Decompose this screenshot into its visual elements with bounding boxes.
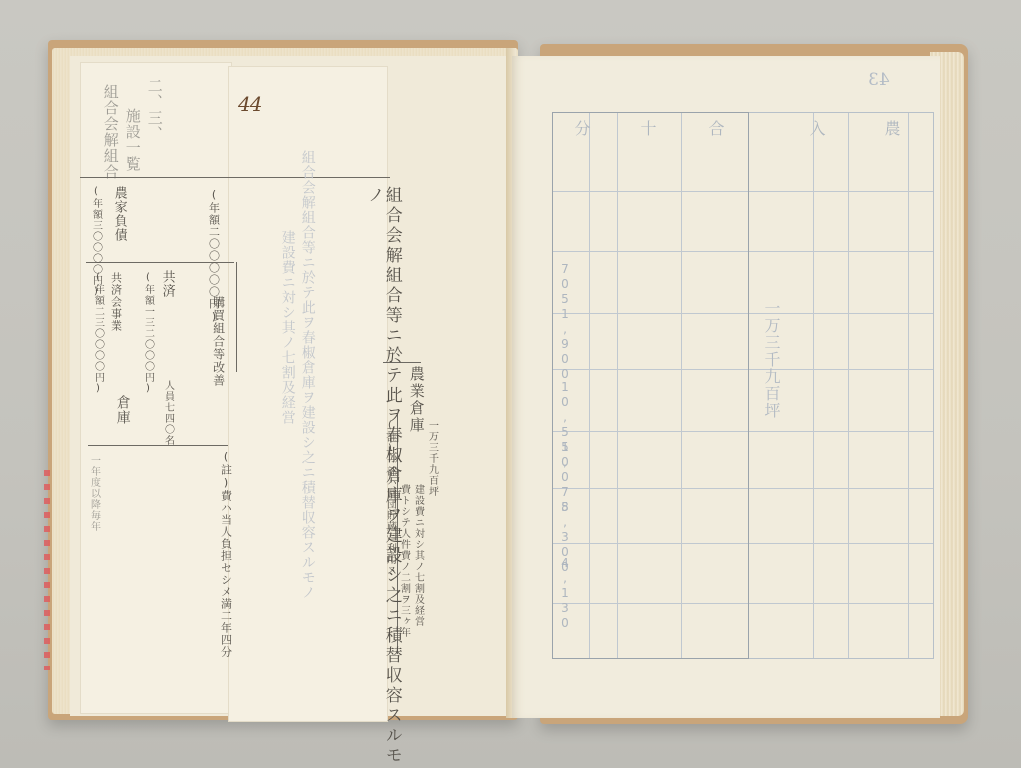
table-header: 入	[805, 120, 828, 137]
branch-note-4: (註)一部ハ営団貯蔵ニ利用ス	[384, 420, 395, 576]
lower-note: (註)費ハ当人負担セシメ満二年四分	[220, 450, 232, 658]
bleed-through-text: 組合会解組合等ニ於テ此ヲ春椒倉庫ヲ建設シ之ニ積替収容スルモノ	[300, 150, 315, 600]
item-label-mutual-aid: 共済	[160, 270, 174, 298]
red-page-edge-marks	[44, 470, 50, 670]
heading-column-2: 施設一覧	[124, 108, 140, 172]
table-header: 農	[880, 120, 903, 137]
tree-top-line	[80, 177, 390, 178]
page-number: 44	[238, 92, 261, 116]
page-number-bleed-through: 43	[868, 70, 890, 90]
branch-note-1: 一万三千九百坪	[426, 420, 437, 497]
bleed-through-text: 建設費ニ対シ其ノ七割及経営	[280, 230, 295, 425]
branch-title: 農業倉庫	[408, 366, 424, 434]
tree-vertical-line	[236, 262, 237, 372]
branch-note-3: 費トシテ人件費ノ二割ヲ三ヶ年	[398, 484, 409, 638]
tree-lower-line	[88, 445, 228, 446]
bleed-through-table-inner	[552, 112, 749, 659]
table-cell: 7051,900	[558, 262, 572, 382]
table-cell: 4,130	[558, 556, 572, 631]
item-label-farm-debt: 農家負債	[112, 186, 126, 242]
item-label-mutual-aid-business: 共済会事業	[110, 272, 122, 332]
item-note-mutual-aid-business: (年額二三〇〇〇〇円)	[92, 272, 103, 395]
item-label-purchase: 購買組合等改善	[212, 296, 225, 387]
item-note-mutual-aid: (年額一三二〇〇〇円)	[142, 272, 153, 395]
margin-note: 一年度以降毎年	[88, 455, 99, 532]
table-cell: 一万三千九百坪	[760, 300, 783, 419]
heading-column-3: 組合会解組合	[102, 84, 118, 180]
item-label-warehouse: 倉庫	[115, 395, 130, 425]
item-note-warehouse: 人員七四〇名	[162, 380, 173, 446]
table-header: 十	[636, 120, 659, 137]
table-header: 合	[704, 120, 727, 137]
branch-note-2: 建設費ニ対シ其ノ七割及経営	[412, 484, 423, 627]
heading-column-1: 二、三、	[146, 78, 162, 142]
table-header: 分	[570, 120, 593, 137]
